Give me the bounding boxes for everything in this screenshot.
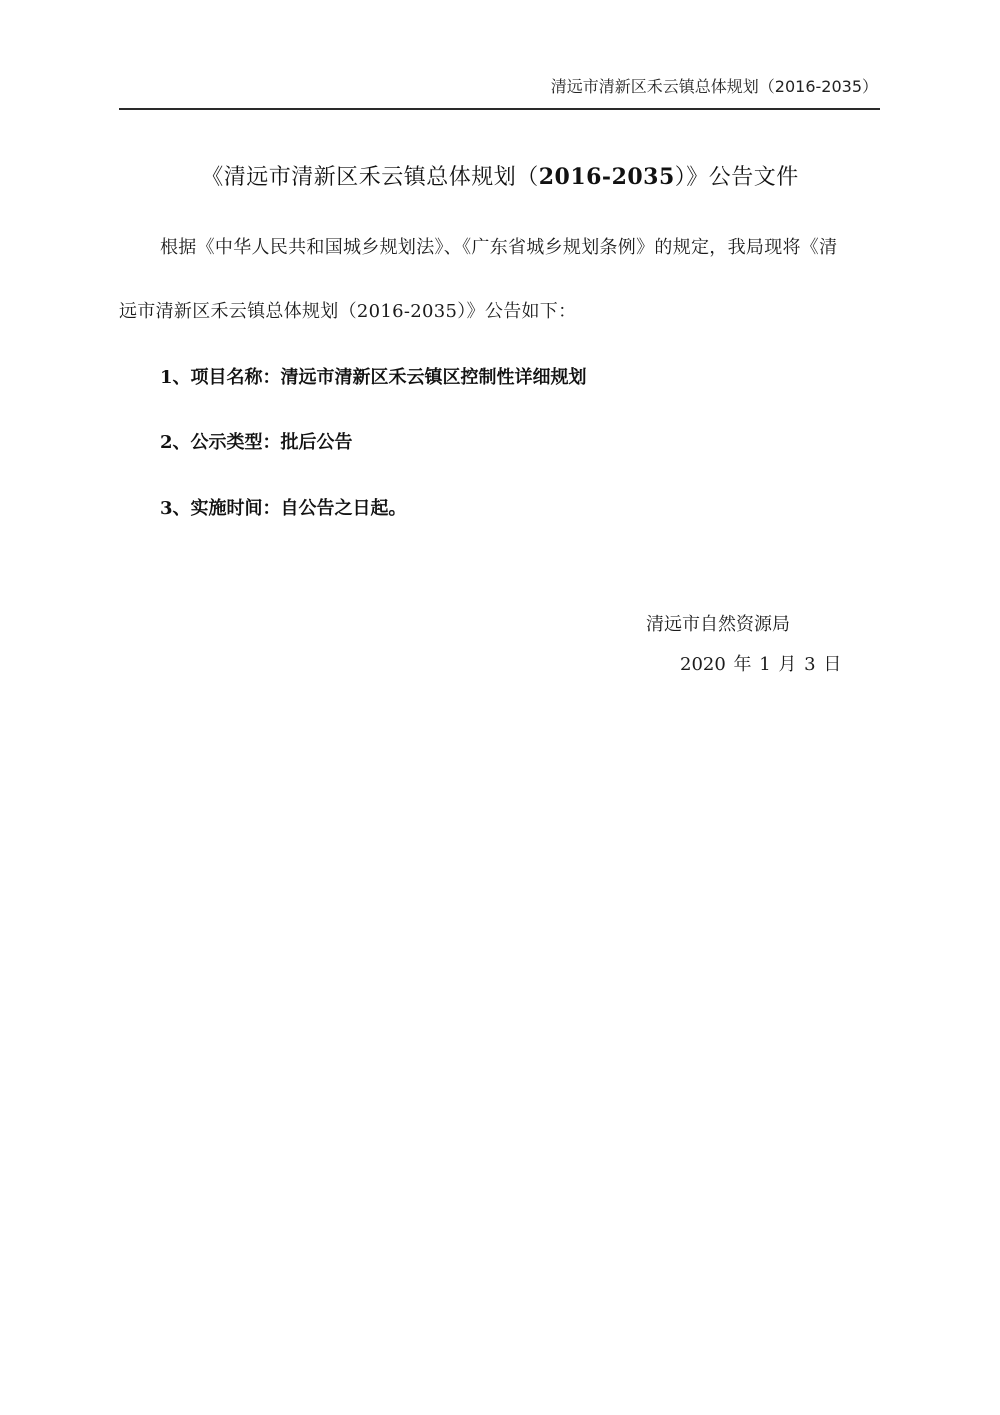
list-item-number: 2、 (160, 432, 191, 453)
running-header-title: 清远市清新区禾云镇总体规划（2016-2035） (551, 74, 878, 97)
list-item-text: 公示类型：批后公告 (191, 432, 353, 453)
body-paragraph-line-1: 根据《中华人民共和国城乡规划法》、《广东省城乡规划条例》的规定，我局现将《清 (160, 233, 837, 259)
list-item-notice-type: 2、公示类型：批后公告 (160, 428, 353, 454)
document-title: 《清远市清新区禾云镇总体规划（2016-2035）》公告文件 (0, 160, 1000, 191)
document-title-prefix: 《清远市清新区禾云镇总体规划（ (201, 165, 539, 190)
list-item-text: 实施时间：自公告之日起。 (191, 498, 407, 519)
page-header: 清远市清新区禾云镇总体规划（2016-2035） (119, 66, 880, 110)
document-title-year: 2016-2035 (539, 164, 675, 190)
list-item-number: 3、 (160, 498, 191, 519)
list-item-project-name: 1、项目名称：清远市清新区禾云镇区控制性详细规划 (160, 363, 587, 389)
list-item-number: 1、 (160, 367, 191, 388)
issue-date: 2020 年 1 月 3 日 (680, 650, 841, 676)
body-paragraph-line-2: 远市清新区禾云镇总体规划（2016-2035）》公告如下： (119, 297, 576, 323)
issuer-signature: 清远市自然资源局 (646, 610, 790, 636)
list-item-text: 项目名称：清远市清新区禾云镇区控制性详细规划 (191, 367, 587, 388)
list-item-effective-date: 3、实施时间：自公告之日起。 (160, 494, 407, 520)
document-title-suffix: ）》公告文件 (675, 165, 799, 190)
